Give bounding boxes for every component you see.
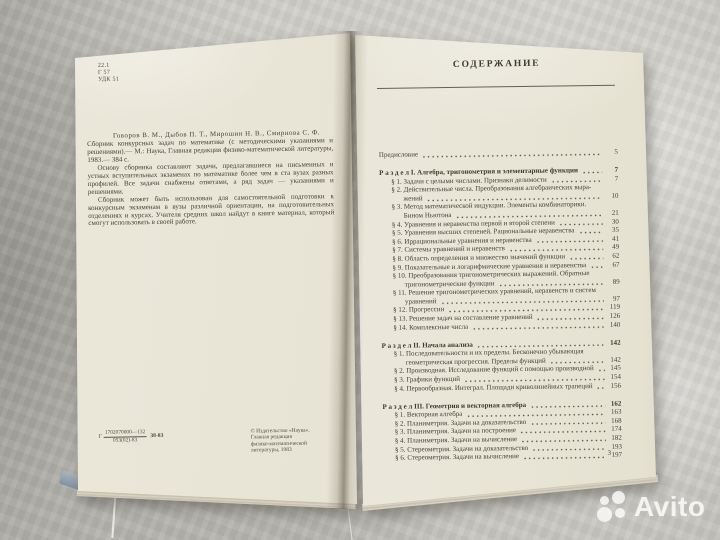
toc-leader-dots: [422, 148, 602, 159]
annotation-paragraph: Сборник может быть использован для самос…: [88, 193, 334, 229]
toc-list: Предисловие 5 Р а з д е л I. Алгебра, тр…: [379, 148, 622, 463]
toc-page-number: 10: [605, 191, 618, 200]
stamp-line: УДК 51: [98, 77, 119, 85]
toc-page-number: 119: [607, 303, 620, 312]
toc-page-number: 182: [609, 434, 622, 443]
toc-leader-dots: [472, 321, 604, 331]
toc-page-number: 7: [605, 166, 618, 175]
toc-page-number: 154: [608, 373, 621, 382]
book-photo: 22.1Г 57УДК 51 Говоров В. М., Дыбов П. Т…: [0, 0, 720, 540]
toc-leader-dots: [590, 260, 603, 269]
toc-page-number: 21: [606, 209, 619, 218]
avito-logo-icon: [596, 490, 629, 523]
toc-entry-text: жений: [403, 194, 422, 203]
copyright-block: © Издательство «Наука».Главная редакцияф…: [251, 427, 331, 454]
annotation-block: Основу сборника составляют задачи, предл…: [87, 161, 334, 228]
toc-entry-text: § 14. Комплексные числа: [393, 322, 468, 332]
toc-page-number: 7: [605, 174, 618, 183]
annotation-paragraph: Основу сборника составляют задачи, предл…: [87, 161, 333, 197]
toc-page-number: 163: [608, 408, 621, 417]
toc-page-number: 168: [609, 416, 622, 425]
toc-leader-dots: [578, 226, 603, 235]
toc-page-number: 156: [608, 381, 621, 390]
toc-leader-dots: [596, 381, 605, 390]
print-code-suffix: 38-83: [150, 433, 163, 439]
imprint-block: Говоров В. М., Дыбов П. Т., Мирошин Н. В…: [87, 129, 334, 228]
toc-page-number: 89: [607, 277, 620, 286]
avito-watermark: Avito: [596, 490, 705, 523]
toc-page-number: 41: [606, 234, 619, 243]
contents-title: СОДЕРЖАНИЕ: [378, 58, 616, 71]
toc-leader-dots: [550, 356, 605, 365]
toc-page-number: 174: [609, 425, 622, 434]
toc-row: Предисловие 5: [379, 148, 618, 160]
toc-page-number: 67: [606, 260, 619, 269]
toc-page-number: 140: [607, 320, 620, 329]
print-code-denominator: 053(02)-83: [104, 437, 147, 444]
toc-leader-dots: [598, 364, 605, 373]
toc-page-number: 162: [608, 399, 621, 408]
toc-page-number: 30: [606, 217, 619, 226]
print-code: Г 1702070000—132053(02)-83 38-83: [99, 429, 164, 444]
toc-page-number: 97: [607, 295, 620, 304]
toc-entry-text: Предисловие: [379, 150, 418, 159]
toc-leader-dots: [582, 166, 602, 175]
toc-page-number: 5: [605, 148, 618, 157]
toc-page-number: 126: [607, 312, 620, 321]
title-rule: [377, 85, 615, 90]
print-code-prefix: Г: [99, 434, 102, 440]
toc-entry-text: § 4. Первообразная. Интеграл. Площади кр…: [394, 382, 592, 393]
avito-watermark-text: Avito: [634, 491, 705, 523]
toc-page-number: 62: [606, 252, 619, 261]
print-code-fraction: 1702070000—132053(02)-83: [104, 429, 147, 444]
toc-page-number: 142: [608, 355, 621, 364]
toc-page-number: 49: [606, 243, 619, 252]
stamp-block: 22.1Г 57УДК 51: [98, 63, 119, 85]
copyright-line: литературы, 1983: [251, 446, 331, 454]
toc-page-number: 145: [608, 364, 621, 373]
toc-leader-dots: [551, 174, 603, 183]
toc-page-number: 142: [607, 338, 620, 347]
toc-page-number: 35: [606, 226, 619, 235]
